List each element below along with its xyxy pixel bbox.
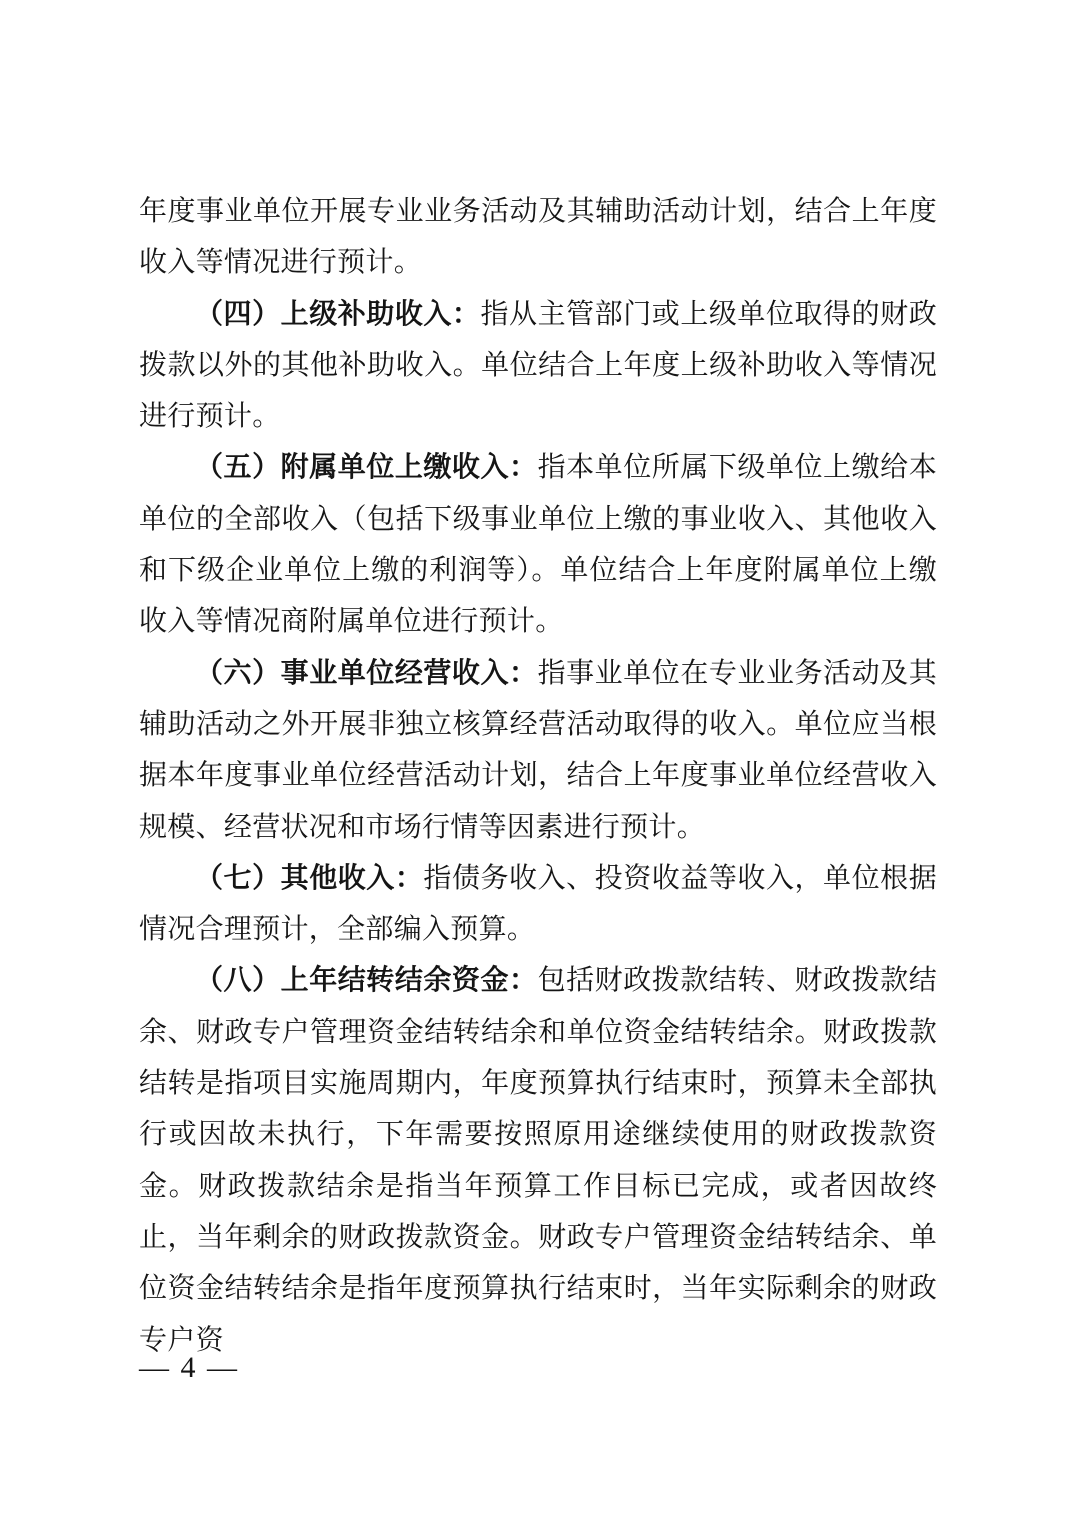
paragraph-heading: （五）附属单位上缴收入： [195,452,538,483]
paragraph-continuation: 年度事业单位开展专业业务活动及其辅助活动计划，结合上年度收入等情况进行预计。 [139,186,937,289]
paragraph-text: 年度事业单位开展专业业务活动及其辅助活动计划，结合上年度收入等情况进行预计。 [139,196,937,278]
paragraph-heading: （八）上年结转结余资金： [195,965,538,996]
page-number: — 4 — [139,1348,239,1388]
paragraph-heading: （七）其他收入： [195,863,423,894]
document-body: 年度事业单位开展专业业务活动及其辅助活动计划，结合上年度收入等情况进行预计。 （… [139,186,937,1366]
paragraph-heading: （六）事业单位经营收入： [195,658,538,689]
paragraph-text: 包括财政拨款结转、财政拨款结余、财政专户管理资金结转结余和单位资金结转结余。财政… [139,965,937,1355]
paragraph-section-4: （四）上级补助收入：指从主管部门或上级单位取得的财政拨款以外的其他补助收入。单位… [139,289,937,443]
paragraph-heading: （四）上级补助收入： [195,299,480,330]
document-page: 年度事业单位开展专业业务活动及其辅助活动计划，结合上年度收入等情况进行预计。 （… [0,0,1074,1520]
paragraph-section-7: （七）其他收入：指债务收入、投资收益等收入，单位根据情况合理预计，全部编入预算。 [139,853,937,956]
paragraph-section-8: （八）上年结转结余资金：包括财政拨款结转、财政拨款结余、财政专户管理资金结转结余… [139,955,937,1365]
paragraph-section-6: （六）事业单位经营收入：指事业单位在专业业务活动及其辅助活动之外开展非独立核算经… [139,648,937,853]
paragraph-section-5: （五）附属单位上缴收入：指本单位所属下级单位上缴给本单位的全部收入（包括下级事业… [139,442,937,647]
